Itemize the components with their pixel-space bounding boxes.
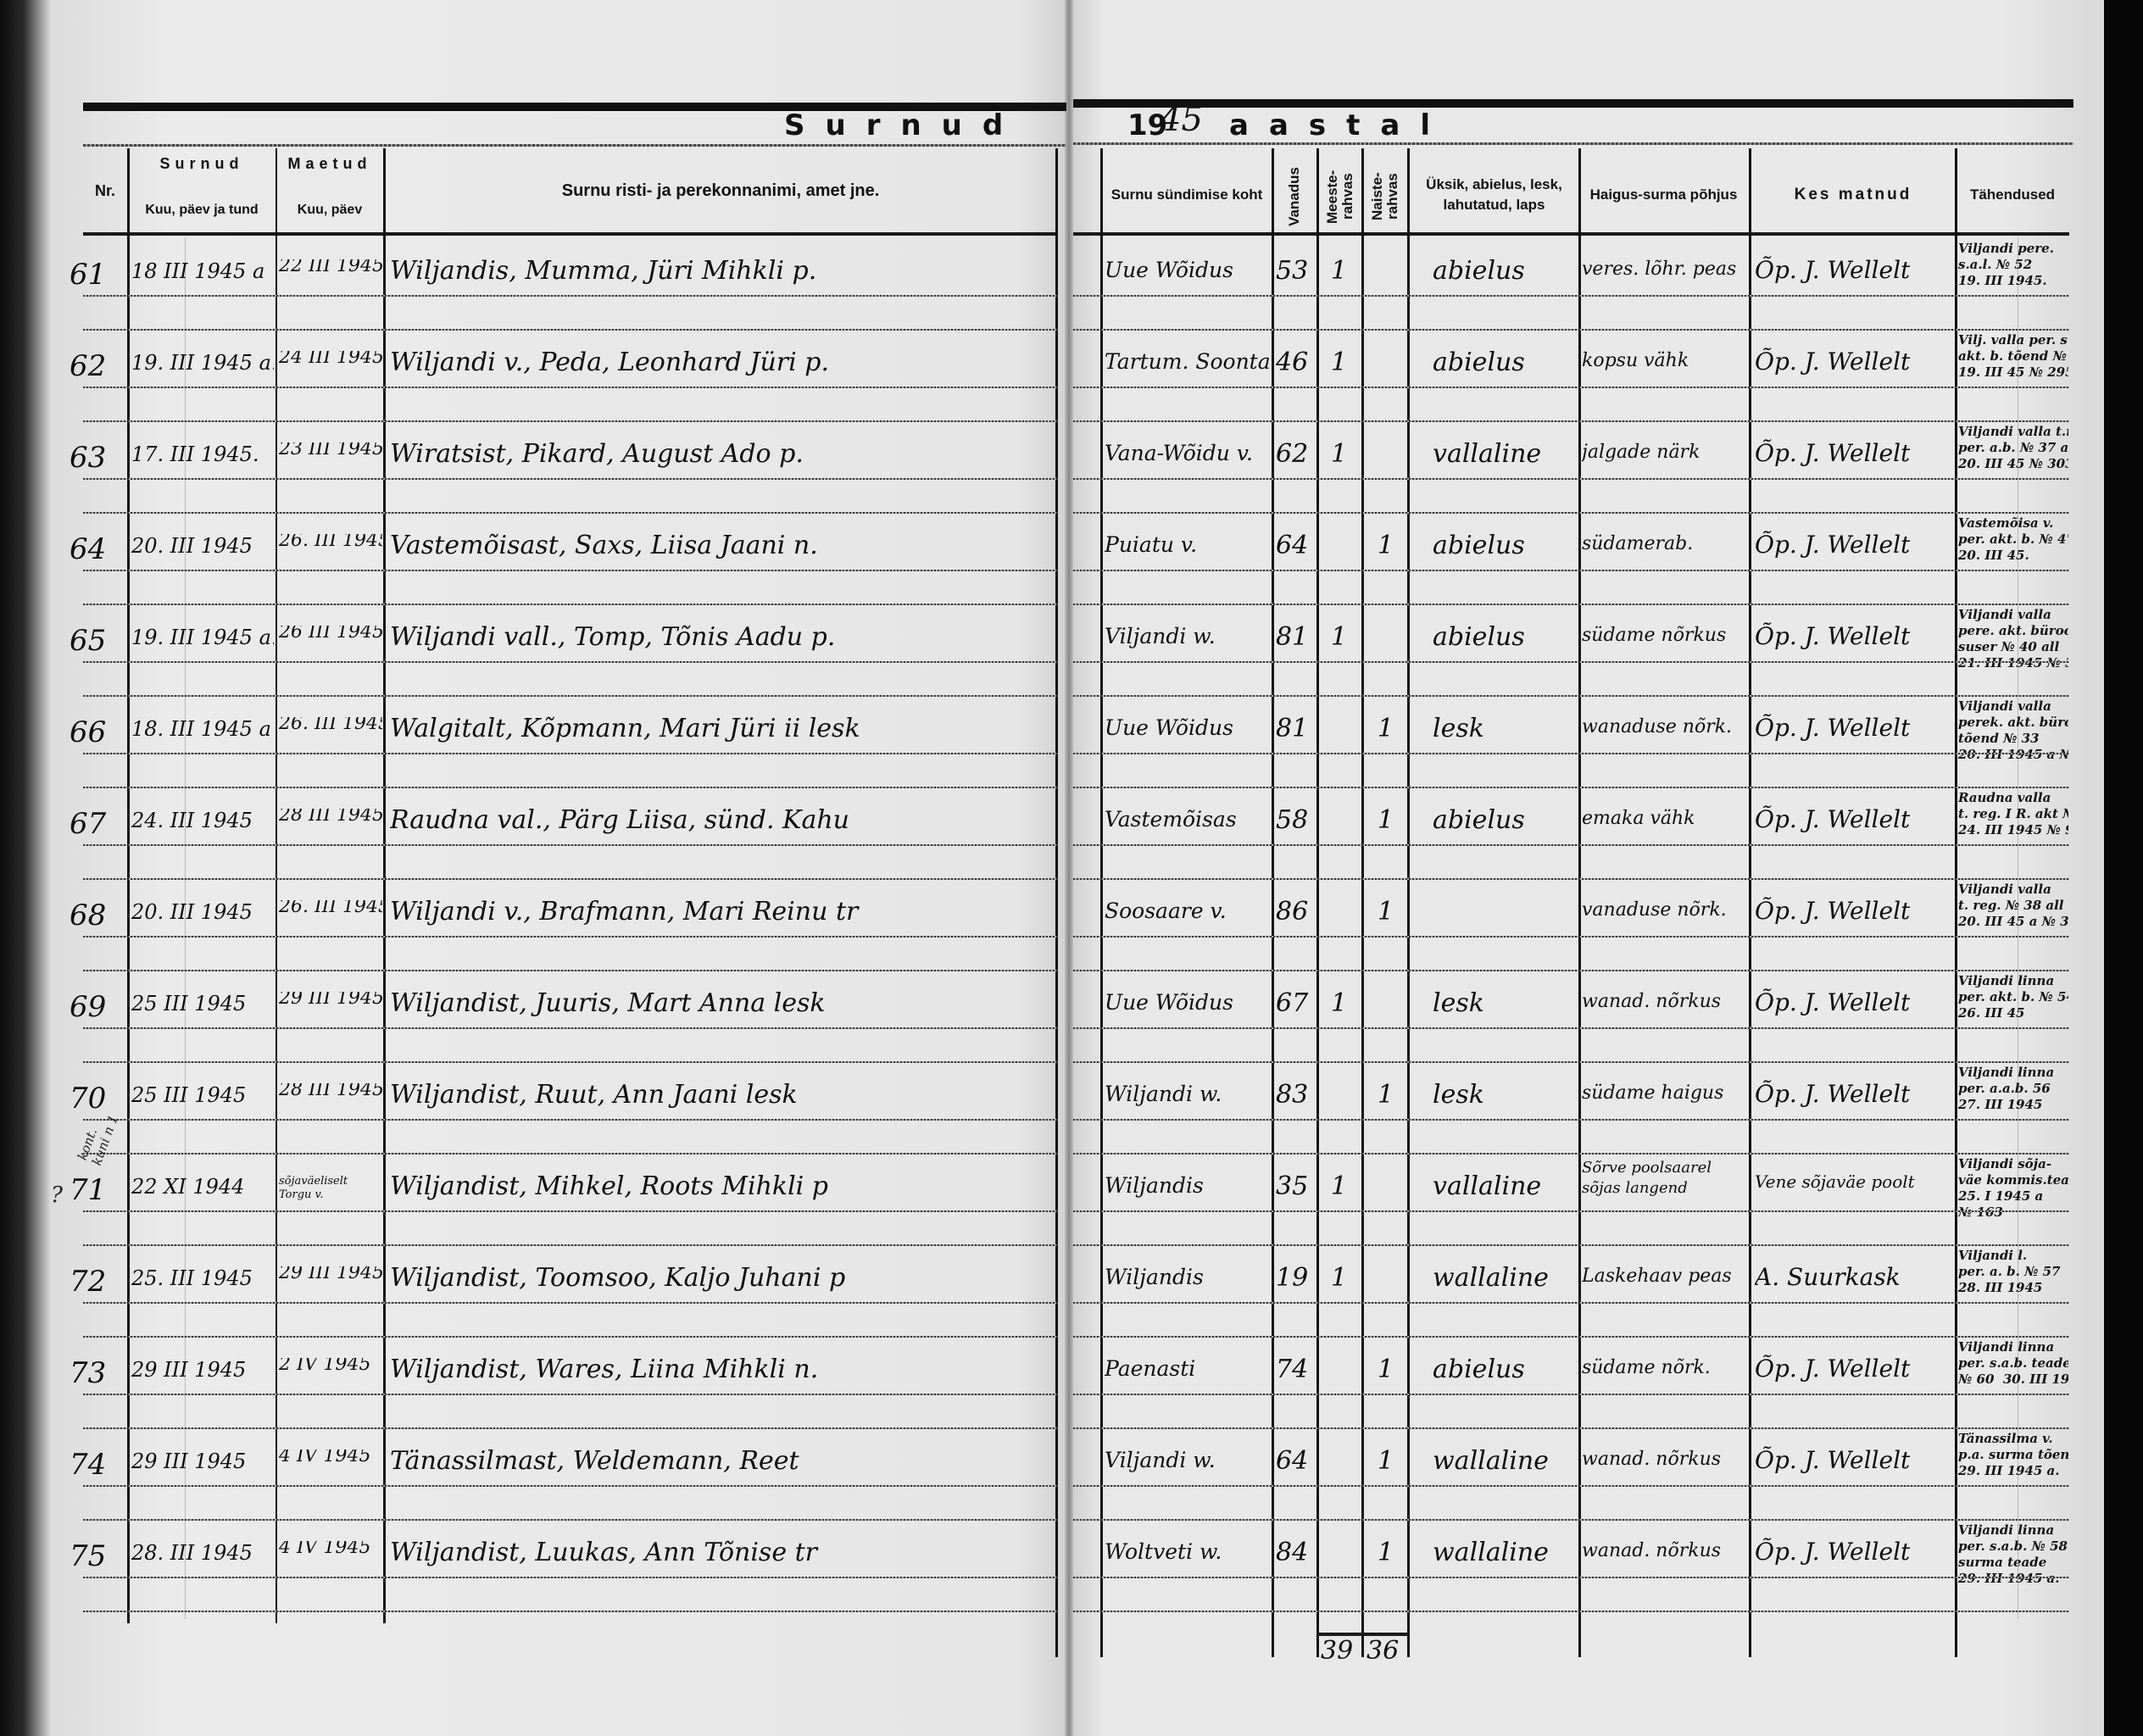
death-date: 29 III 1945 (131, 1358, 274, 1382)
death-date: 22 XI 1944 (131, 1175, 274, 1199)
row-baseline (83, 753, 1058, 754)
cause-of-death: wanad. nõrkus (1582, 1449, 1746, 1470)
marital-status: abielus (1433, 622, 1575, 652)
birthplace: Tartum. Soontag. (1105, 349, 1270, 374)
deceased-name: Wiljandist, Mihkel, Roots Mihkli p (390, 1171, 1051, 1201)
row-baseline (83, 661, 1058, 663)
female-count: 1 (1378, 1080, 1403, 1110)
row-number: 65 (70, 624, 125, 658)
female-count: 1 (1378, 897, 1403, 926)
registration-note: Viljandi pere. s.a.l. № 52 19. III 1945. (1958, 241, 2068, 325)
age: 84 (1276, 1538, 1315, 1567)
cause-of-death: wanad. nõrkus (1582, 992, 1746, 1012)
row-baseline (1073, 387, 2069, 388)
registration-note: Viljandi valla pere. akt. büroo- suser №… (1958, 607, 2068, 692)
marital-status: vallaline (1433, 439, 1575, 469)
death-date: 25. III 1945 (131, 1266, 274, 1290)
death-date: 19. III 1945 a. (131, 626, 274, 649)
registration-note: Viljandi linna per. akt. b. № 54 26. III… (1958, 973, 2068, 1058)
female-count: 1 (1378, 805, 1403, 835)
registration-note: Viljandi linna per. a.a.b. 56 27. III 19… (1958, 1065, 2068, 1149)
birthplace: Soosaare v. (1105, 899, 1270, 923)
deceased-name: Vastemõisast, Saxs, Liisa Jaani n. (390, 531, 1051, 560)
col-header-nr: Nr. (83, 148, 127, 233)
row-baseline (1073, 661, 2069, 663)
deceased-name: Wiljandi v., Brafmann, Mari Reinu tr (390, 897, 1051, 926)
row-number: 75 (70, 1539, 125, 1573)
registration-note: Viljandi linna per. s.a.b. teade № 60 30… (1958, 1339, 2068, 1424)
marital-status: wallaline (1433, 1263, 1575, 1293)
header-thin-rule-right (1073, 142, 2073, 145)
death-date: 18 III 1945 a (131, 259, 274, 283)
row-baseline (1073, 295, 2069, 297)
total-male: 39 (1321, 1636, 1353, 1666)
deceased-name: Wiljandist, Toomsoo, Kaljo Juhani p (390, 1263, 1051, 1293)
row-baseline (83, 936, 1058, 938)
row-baseline (83, 1302, 1058, 1304)
birthplace: Viljandi w. (1105, 624, 1270, 648)
row-number: 71 (70, 1173, 125, 1207)
death-date: 29 III 1945 (131, 1449, 274, 1473)
buried-by: Õp. J. Wellelt (1755, 1446, 1953, 1474)
birthplace: Woltveti w. (1105, 1539, 1270, 1564)
burial-date: 26. III 1945 (279, 717, 382, 731)
cause-of-death: jalgade närk (1582, 442, 1746, 463)
marital-status: wallaline (1433, 1446, 1575, 1476)
cause-of-death: südame haigus (1582, 1083, 1746, 1104)
buried-by: Vene sõjaväe poolt (1755, 1171, 1953, 1192)
marital-status: wallaline (1433, 1538, 1575, 1567)
cause-of-death: Laskehaav peas (1582, 1266, 1746, 1287)
page-title-left: Surnud (784, 108, 1023, 142)
burial-date: 24 III 1945 (279, 351, 382, 364)
deceased-name: Wiljandi v., Peda, Leonhard Jüri p. (390, 348, 1051, 377)
birthplace: Vastemõisas (1105, 807, 1270, 832)
col-header-male: Meeste-rahvas (1325, 151, 1355, 242)
age: 53 (1276, 256, 1315, 286)
col-header-surnud-date: Kuu, päev ja tund (129, 185, 275, 236)
burial-date: 28 III 1945 (279, 1083, 382, 1097)
col-header-cause: Haigus-surma põhjus (1581, 153, 1746, 237)
row71-question-mark: ? (51, 1182, 63, 1208)
row-number: 73 (70, 1356, 125, 1390)
cause-of-death: emaka vähk (1582, 809, 1746, 829)
marital-status: abielus (1433, 348, 1575, 377)
birthplace: Viljandi w. (1105, 1448, 1270, 1472)
registration-note: Viljandi valla t. reg. № 38 all 20. III … (1958, 882, 2068, 966)
row-baseline (1073, 1302, 2069, 1304)
deceased-name: Wiratsist, Pikard, August Ado p. (390, 439, 1051, 469)
row-number: 69 (70, 990, 125, 1024)
col-header-surnud-group: Surnud (129, 151, 275, 176)
death-date: 25 III 1945 (131, 1083, 274, 1107)
death-date: 24. III 1945 (131, 809, 274, 832)
age: 64 (1276, 531, 1315, 560)
row-baseline (83, 570, 1058, 571)
marital-status: lesk (1433, 714, 1575, 743)
buried-by: A. Suurkask (1755, 1263, 1953, 1291)
title-year-handwritten: 45 (1160, 100, 1203, 139)
row-number: 66 (70, 715, 125, 749)
buried-by: Õp. J. Wellelt (1755, 1538, 1953, 1566)
row-baseline (1073, 844, 2069, 846)
birthplace: Puiatu v. (1105, 532, 1270, 557)
deceased-name: Wiljandis, Mumma, Jüri Mihkli p. (390, 256, 1051, 286)
row-baseline (1073, 1485, 2069, 1487)
deceased-name: Walgitalt, Kõpmann, Mari Jüri ii lesk (390, 714, 1051, 743)
female-count: 1 (1378, 1538, 1403, 1567)
row-number: 61 (70, 258, 125, 292)
deceased-name: Wiljandist, Juuris, Mart Anna lesk (390, 988, 1051, 1018)
buried-by: Õp. J. Wellelt (1755, 1080, 1953, 1108)
row-baseline (83, 1119, 1058, 1121)
buried-by: Õp. J. Wellelt (1755, 988, 1953, 1016)
cause-of-death: wanaduse nõrk. (1582, 717, 1746, 737)
row-number: 62 (70, 349, 125, 383)
col-header-notes: Tähendused (1958, 153, 2067, 237)
buried-by: Õp. J. Wellelt (1755, 1355, 1953, 1383)
col-header-buried-by: Kes matnud (1751, 153, 1955, 237)
cause-of-death: veres. lõhr. peas (1582, 259, 1746, 280)
row-baseline (83, 1027, 1058, 1029)
burial-date: 4 IV 1945 (279, 1449, 382, 1463)
age: 19 (1276, 1263, 1315, 1293)
birthplace: Vana-Wõidu v. (1105, 441, 1270, 465)
burial-date: 22 III 1945 (279, 259, 382, 273)
male-count: 1 (1331, 256, 1356, 286)
page-title-right: aastal (1229, 108, 1450, 142)
col-header-status: Üksik, abielus, lesk, lahutatud, laps (1411, 153, 1577, 237)
female-count: 1 (1378, 1355, 1403, 1384)
marital-status: lesk (1433, 1080, 1575, 1110)
cause-of-death: südame nõrk. (1582, 1358, 1746, 1378)
marital-status: abielus (1433, 531, 1575, 560)
row-baseline (83, 1577, 1058, 1578)
buried-by: Õp. J. Wellelt (1755, 531, 1953, 559)
burial-date: 29 III 1945 (279, 1266, 382, 1280)
burial-date: 29 III 1945 (279, 992, 382, 1005)
age: 67 (1276, 988, 1315, 1018)
cause-of-death: südame nõrkus (1582, 626, 1746, 646)
buried-by: Õp. J. Wellelt (1755, 622, 1953, 650)
row-baseline (83, 295, 1058, 297)
age: 74 (1276, 1355, 1315, 1384)
female-count: 1 (1378, 1446, 1403, 1476)
cause-of-death: südamerab. (1582, 534, 1746, 554)
female-count: 1 (1378, 531, 1403, 560)
deceased-name: Wiljandist, Luukas, Ann Tõnise tr (390, 1538, 1051, 1567)
deceased-name: Raudna val., Pärg Liisa, sünd. Kahu (390, 805, 1051, 835)
cause-of-death: kopsu vähk (1582, 351, 1746, 371)
death-date: 28. III 1945 (131, 1541, 274, 1565)
deceased-name: Wiljandi vall., Tomp, Tõnis Aadu p. (390, 622, 1051, 652)
cause-of-death: vanaduse nõrk. (1582, 900, 1746, 921)
col-header-name: Surnu risti- ja perekonnanimi, amet jne. (386, 148, 1055, 233)
age: 46 (1276, 348, 1315, 377)
male-count: 1 (1331, 622, 1356, 652)
burial-date: 23 III 1945 (279, 442, 382, 456)
registration-note: Vastemõisa v. per. akt. b. № 47 20. III … (1958, 515, 2068, 600)
female-count: 1 (1378, 714, 1403, 743)
birthplace: Uue Wõidus (1105, 258, 1270, 282)
row-baseline (1073, 1027, 2069, 1029)
deceased-name: Tänassilmast, Weldemann, Reet (390, 1446, 1051, 1476)
death-date: 20. III 1945 (131, 534, 274, 558)
age: 35 (1276, 1171, 1315, 1201)
buried-by: Õp. J. Wellelt (1755, 805, 1953, 833)
cause-of-death: Sõrve poolsaarel sõjas langend (1582, 1158, 1746, 1199)
burial-date: 28 III 1945 (279, 809, 382, 822)
male-count: 1 (1331, 988, 1356, 1018)
buried-by: Õp. J. Wellelt (1755, 348, 1953, 376)
burial-date: 2 IV 1945 (279, 1358, 382, 1372)
male-count: 1 (1331, 348, 1356, 377)
burial-date: 26. III 1945 (279, 534, 382, 548)
male-count: 1 (1331, 1171, 1356, 1201)
row-baseline (83, 1394, 1058, 1395)
marital-status: abielus (1433, 256, 1575, 286)
male-count: 1 (1331, 1263, 1356, 1293)
deceased-name: Wiljandist, Ruut, Ann Jaani lesk (390, 1080, 1051, 1110)
buried-by: Õp. J. Wellelt (1755, 897, 1953, 925)
age: 58 (1276, 805, 1315, 835)
row-baseline (1073, 1394, 2069, 1395)
row-number: 74 (70, 1448, 125, 1482)
buried-by: Õp. J. Wellelt (1755, 256, 1953, 284)
marital-status: vallaline (1433, 1171, 1575, 1201)
row-baseline (83, 1210, 1058, 1212)
age: 81 (1276, 622, 1315, 652)
burial-date: sõjaväeliselt Torgu v. (279, 1175, 382, 1202)
row-baseline (83, 478, 1058, 480)
birthplace: Uue Wõidus (1105, 715, 1270, 740)
birthplace: Uue Wõidus (1105, 990, 1270, 1015)
registration-note: Viljandi linna per. s.a.b. № 58 surma te… (1958, 1522, 2068, 1607)
burial-date: 26. III 1945 (279, 900, 382, 914)
registration-note: Viljandi l. per. a. b. № 57 28. III 1945 (1958, 1248, 2068, 1333)
registration-note: Vilj. valla per. s. akt. b. tõend № 36 1… (1958, 332, 2068, 417)
row-number: 63 (70, 441, 125, 475)
row-baseline (1073, 478, 2069, 480)
col-header-age: Vanadus (1287, 167, 1302, 226)
col-header-female: Naiste-rahvas (1370, 151, 1400, 242)
burial-date: 4 IV 1945 (279, 1541, 382, 1555)
death-date: 17. III 1945. (131, 442, 274, 466)
row-number: 67 (70, 807, 125, 841)
deceased-name: Wiljandist, Wares, Liina Mihkli n. (390, 1355, 1051, 1384)
row-number: 72 (70, 1265, 125, 1299)
row-number: 68 (70, 899, 125, 932)
birthplace: Wiljandi w. (1105, 1082, 1270, 1106)
age: 83 (1276, 1080, 1315, 1110)
marital-status: lesk (1433, 988, 1575, 1018)
registration-note: Viljandi valla t.r. per. a.b. № 37 all 2… (1958, 424, 2068, 509)
row-baseline (1073, 1577, 2069, 1578)
col-header-maetud-group: Maetud (278, 151, 381, 176)
row-baseline (83, 387, 1058, 388)
row-separator (83, 1611, 1058, 1612)
birthplace: Wiljandis (1105, 1265, 1270, 1289)
death-date: 18. III 1945 a (131, 717, 274, 741)
marital-status: abielus (1433, 805, 1575, 835)
death-date: 19. III 1945 a. (131, 351, 274, 375)
buried-by: Õp. J. Wellelt (1755, 439, 1953, 467)
row-separator (1073, 1611, 2069, 1612)
registration-note: Tänassilma v. p.a. surma tõend 29. III 1… (1958, 1431, 2068, 1516)
age: 62 (1276, 439, 1315, 469)
header-bottom-rule-left (83, 232, 1058, 236)
row-baseline (83, 1485, 1058, 1487)
row-number: 64 (70, 532, 125, 566)
age: 64 (1276, 1446, 1315, 1476)
birthplace: Paenasti (1105, 1356, 1270, 1381)
row-baseline (1073, 1119, 2069, 1121)
buried-by: Õp. J. Wellelt (1755, 714, 1953, 742)
cause-of-death: wanad. nõrkus (1582, 1541, 1746, 1561)
row-baseline (1073, 753, 2069, 754)
row-baseline (1073, 1210, 2069, 1212)
death-date: 20. III 1945 (131, 900, 274, 924)
header-rule-right (1073, 99, 2073, 108)
burial-date: 26 III 1945 (279, 626, 382, 639)
registration-note: Viljandi sõja- väe kommis.tea 25. I 1945… (1958, 1156, 2068, 1241)
age: 81 (1276, 714, 1315, 743)
header-bottom-rule-right (1073, 232, 2069, 236)
col-header-maetud-date: Kuu, päev (278, 185, 381, 236)
birthplace: Wiljandis (1105, 1173, 1270, 1198)
age: 86 (1276, 897, 1315, 926)
row-baseline (1073, 936, 2069, 938)
table-row: 75 28. III 1945 4 IV 1945 Wiljandist, Lu… (0, 1519, 2143, 1631)
registration-note: Raudna valla t. reg. I R. akt № 17 24. I… (1958, 790, 2068, 875)
male-count: 1 (1331, 439, 1356, 469)
col-header-birthplace: Surnu sündimise koht (1102, 153, 1272, 237)
row-baseline (1073, 570, 2069, 571)
marital-status: abielus (1433, 1355, 1575, 1384)
total-female: 36 (1367, 1636, 1399, 1666)
death-date: 25 III 1945 (131, 992, 274, 1015)
row-baseline (83, 844, 1058, 846)
header-thin-rule-left (83, 144, 1066, 147)
registration-note: Viljandi valla perek. akt. büroo tõend №… (1958, 698, 2068, 783)
